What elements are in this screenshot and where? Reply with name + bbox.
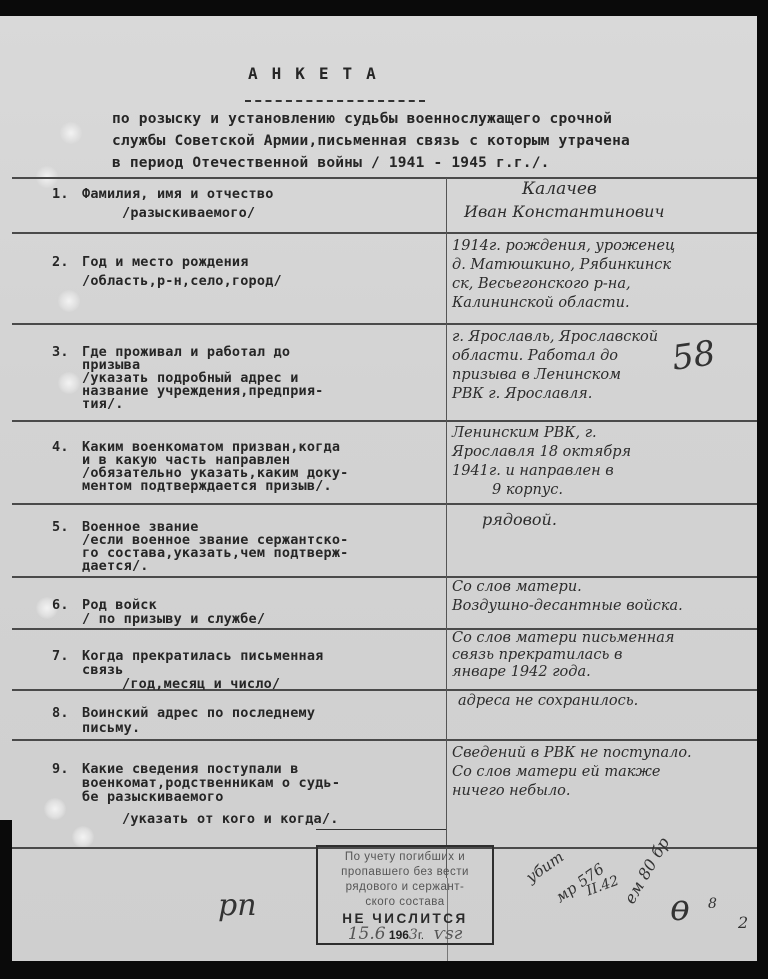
answer-4: Ленинским РВК, г. Ярославля 18 октября 1… <box>452 424 752 500</box>
subtitle-line: службы Советской Армии,письменная связь … <box>112 130 752 152</box>
document-title: АНКЕТА <box>248 64 390 83</box>
question-4: 4.Каким военкоматом призван,когда и в ка… <box>52 441 432 493</box>
stamp-line: ского состава <box>318 895 492 910</box>
answer-8: адреса не сохранилось. <box>452 692 752 711</box>
question-text: /разыскиваемого/ <box>52 206 432 221</box>
answer-text: Иван Константинович <box>452 202 752 221</box>
answer-text: Воздушно-десантные войска. <box>452 597 752 616</box>
answer-9: Сведений в РВК не поступало. Со слов мат… <box>452 744 752 801</box>
document-subtitle: по розыску и установлению судьбы военнос… <box>112 108 752 174</box>
question-9: 9.Какие сведения поступали в военкомат,р… <box>52 762 432 826</box>
question-8: 8.Воинский адрес по последнему письму. <box>52 706 432 736</box>
stamp-signature: ѵѕг <box>433 924 462 944</box>
answer-text: Калачев <box>452 180 752 199</box>
answer-text: рядовой. <box>452 510 752 529</box>
table-divider <box>12 232 757 234</box>
subtitle-line: в период Отечественной войны / 1941 - 19… <box>112 152 752 174</box>
answer-2: 1914г. рождения, уроженец д. Матюшкино, … <box>452 237 752 313</box>
question-text: /указать от кого и когда/. <box>52 812 432 826</box>
corner-note: ем 80 бр <box>620 834 673 907</box>
answer-text: Со слов матери письменная <box>452 630 752 647</box>
question-3: 3.Где проживал и работал до призыва /ука… <box>52 346 432 411</box>
answer-text: Со слов матери ей также <box>452 763 752 782</box>
answer-text: связь прекратилась в <box>452 647 752 664</box>
column-divider <box>446 178 447 878</box>
answer-text: д. Матюшкино, Рябинкинск <box>452 256 752 275</box>
subtitle-line: по розыску и установлению судьбы военнос… <box>112 108 752 130</box>
question-text: тия/. <box>52 398 432 411</box>
question-1: 1.Фамилия, имя и отчество /разыскиваемог… <box>52 187 432 221</box>
table-divider <box>12 503 757 505</box>
punch-hole-mark <box>72 826 94 848</box>
question-number: 4. <box>52 441 82 454</box>
answer-5: рядовой. <box>452 510 752 529</box>
question-text: /область,р-н,село,город/ <box>52 274 432 289</box>
answer-text: Ленинским РВК, г. <box>452 424 752 443</box>
question-number: 2. <box>52 255 82 270</box>
archive-stamp: По учету погибших и пропавшего без вести… <box>316 845 494 945</box>
corner-note: убит <box>523 848 568 887</box>
margin-initials: рп <box>218 888 257 923</box>
question-text: военкомат,родственникам о судь- <box>52 776 432 790</box>
stamp-top-rule <box>316 829 446 830</box>
question-7: 7.Когда прекратилась письменная связь /г… <box>52 649 432 691</box>
table-divider <box>12 177 757 179</box>
margin-mark-58: 58 <box>669 333 717 379</box>
answer-text: 9 корпус. <box>452 481 752 500</box>
answer-text: Со слов матери. <box>452 578 752 597</box>
question-number: 7. <box>52 649 82 663</box>
answer-text: 1914г. рождения, уроженец <box>452 237 752 256</box>
answer-text: Сведений в РВК не поступало. <box>452 744 752 763</box>
question-2: 2.Год и место рождения /область,р-н,село… <box>52 255 432 289</box>
question-text: /год,месяц и число/ <box>52 677 432 691</box>
question-text: Год и место рождения <box>82 254 249 270</box>
answer-6: Со слов матери. Воздушно-десантные войск… <box>452 578 752 616</box>
question-text: дается/. <box>52 560 432 573</box>
title-underline <box>245 100 425 102</box>
stamp-year-suffix: 3 <box>409 927 418 943</box>
question-text: Воинский адрес по последнему <box>82 705 315 721</box>
question-6: 6.Род войск / по призыву и службе/ <box>52 598 432 626</box>
question-number: 9. <box>52 762 82 776</box>
answer-text: Калининской области. <box>452 294 752 313</box>
question-text: ментом подтверждается призыв/. <box>52 480 432 493</box>
question-text: / по призыву и службе/ <box>52 612 432 626</box>
question-5: 5.Военное звание /если военное звание се… <box>52 521 432 573</box>
punch-hole-mark <box>60 122 82 144</box>
table-divider <box>12 739 757 741</box>
answer-1: Калачев Иван Константинович <box>452 180 752 221</box>
stamp-status: НЕ ЧИСЛИТСЯ <box>318 911 492 926</box>
answer-text: ничего небыло. <box>452 782 752 801</box>
stamp-year-prefix: 196 <box>389 928 409 942</box>
answer-text: РВК г. Ярославля. <box>452 385 752 404</box>
table-divider <box>12 323 757 325</box>
question-number: 3. <box>52 346 82 359</box>
corner-note: 8 <box>708 896 717 912</box>
archive-document-page: АНКЕТА по розыску и установлению судьбы … <box>0 16 757 961</box>
scan-border <box>0 820 12 979</box>
answer-text: адреса не сохранилось. <box>452 692 752 711</box>
question-number: 1. <box>52 187 82 202</box>
table-divider <box>12 420 757 422</box>
question-number: 6. <box>52 598 82 612</box>
answer-text: ск, Весьегонского р-на, <box>452 275 752 294</box>
corner-note: ѳ <box>670 888 690 929</box>
question-text: Фамилия, имя и отчество <box>82 186 274 202</box>
stamp-date-handwritten: 15.6 <box>348 924 386 944</box>
answer-text: Ярославля 18 октября <box>452 443 752 462</box>
question-text: бе разыскиваемого <box>52 790 432 804</box>
answer-text: 1941г. и направлен в <box>452 462 752 481</box>
stamp-line: рядового и сержант- <box>318 880 492 895</box>
question-text: письму. <box>52 721 432 736</box>
question-text: связь <box>52 663 432 677</box>
question-number: 5. <box>52 521 82 534</box>
stamp-line: По учету погибших и <box>318 850 492 865</box>
stamp-date: 15.6 1963г. ѵѕг <box>318 927 492 943</box>
punch-hole-mark <box>58 290 80 312</box>
stamp-line: пропавшего без вести <box>318 865 492 880</box>
corner-note: 2 <box>738 913 748 932</box>
question-number: 8. <box>52 706 82 721</box>
answer-text: январе 1942 года. <box>452 664 752 681</box>
stamp-year-unit: г. <box>418 928 424 942</box>
answer-7: Со слов матери письменная связь прекрати… <box>452 630 752 681</box>
